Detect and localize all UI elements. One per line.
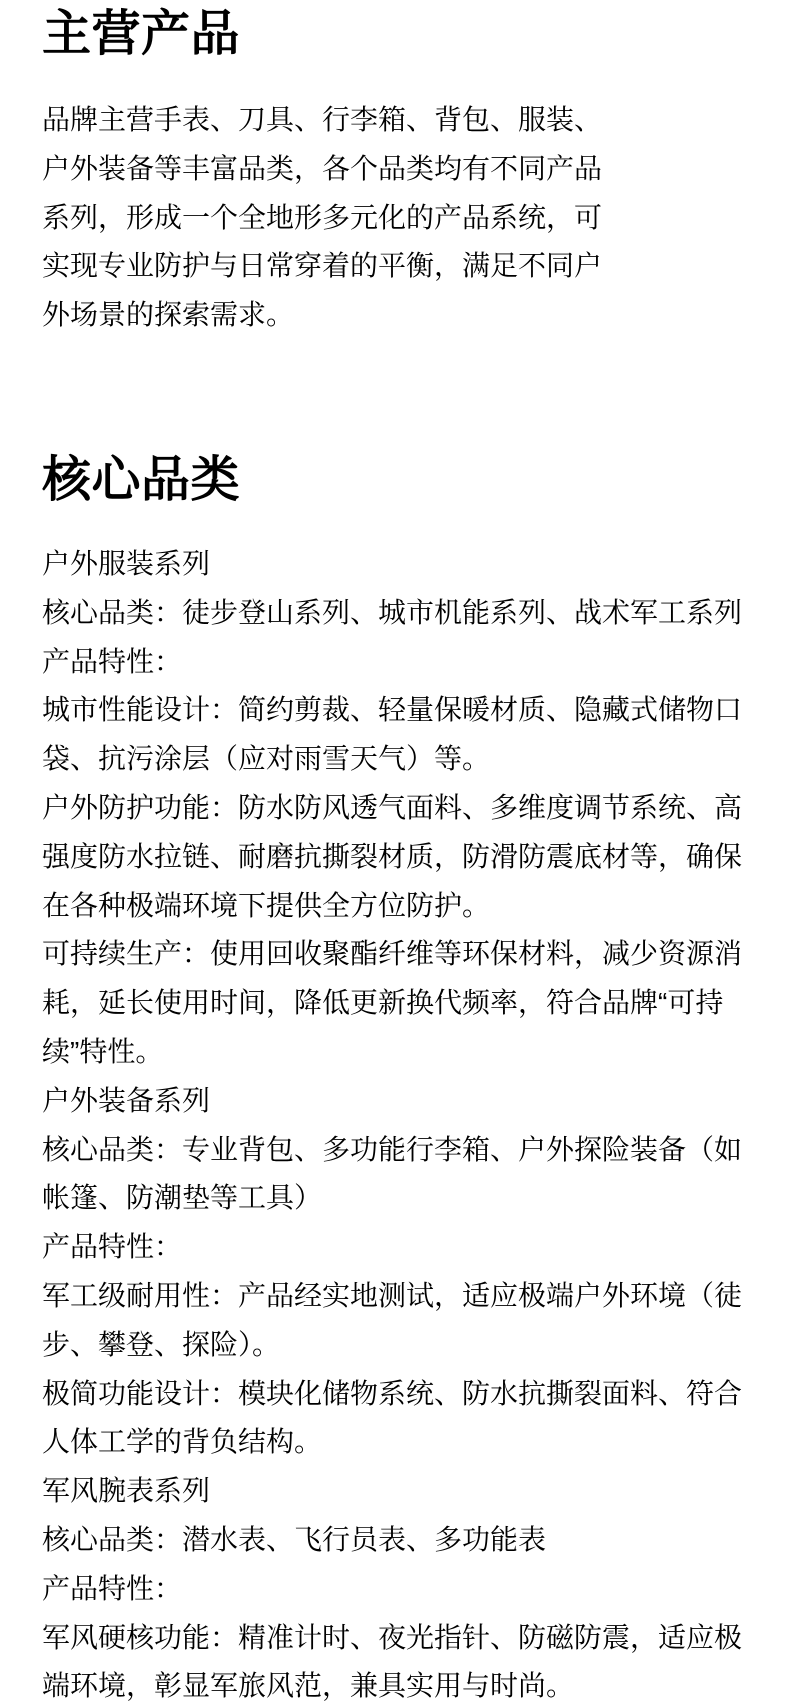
body-paragraph: 核心品类：徒步登山系列、城市机能系列、战术军工系列 [42, 589, 754, 638]
core-categories-content: 户外服装系列核心品类：徒步登山系列、城市机能系列、战术军工系列产品特性：城市性能… [42, 540, 754, 1708]
body-paragraph: 品牌主营手表、刀具、行李箱、背包、服装、户外装备等丰富品类，各个品类均有不同产品… [42, 96, 612, 340]
main-products-section: 主营产品 品牌主营手表、刀具、行李箱、背包、服装、户外装备等丰富品类，各个品类均… [42, 0, 800, 340]
body-paragraph: 产品特性： [42, 1223, 754, 1272]
body-paragraph: 核心品类：专业背包、多功能行李箱、户外探险装备（如帐篷、防潮垫等工具） [42, 1126, 754, 1224]
main-products-intro: 品牌主营手表、刀具、行李箱、背包、服装、户外装备等丰富品类，各个品类均有不同产品… [42, 96, 612, 340]
body-paragraph: 户外装备系列 [42, 1077, 754, 1126]
body-paragraph: 户外防护功能：防水防风透气面料、多维度调节系统、高强度防水拉链、耐磨抗撕裂材质，… [42, 784, 754, 930]
core-categories-heading: 核心品类 [42, 456, 800, 505]
body-paragraph: 军风腕表系列 [42, 1467, 754, 1516]
body-paragraph: 产品特性： [42, 1565, 754, 1614]
core-categories-section: 核心品类 户外服装系列核心品类：徒步登山系列、城市机能系列、战术军工系列产品特性… [42, 456, 800, 1708]
body-paragraph: 城市性能设计：简约剪裁、轻量保暖材质、隐藏式储物口袋、抗污涂层（应对雨雪天气）等… [42, 686, 754, 784]
body-paragraph: 可持续生产：使用回收聚酯纤维等环保材料，减少资源消耗，延长使用时间，降低更新换代… [42, 930, 754, 1076]
body-paragraph: 军风硬核功能：精准计时、夜光指针、防磁防震，适应极端环境，彰显军旅风范，兼具实用… [42, 1614, 754, 1708]
body-paragraph: 核心品类：潜水表、飞行员表、多功能表 [42, 1516, 754, 1565]
body-paragraph: 产品特性： [42, 638, 754, 687]
body-paragraph: 户外服装系列 [42, 540, 754, 589]
document-page: 主营产品 品牌主营手表、刀具、行李箱、背包、服装、户外装备等丰富品类，各个品类均… [0, 0, 800, 1708]
body-paragraph: 极简功能设计：模块化储物系统、防水抗撕裂面料、符合人体工学的背负结构。 [42, 1370, 754, 1468]
body-paragraph: 军工级耐用性：产品经实地测试，适应极端户外环境（徒步、攀登、探险）。 [42, 1272, 754, 1370]
main-products-heading: 主营产品 [42, 0, 800, 59]
